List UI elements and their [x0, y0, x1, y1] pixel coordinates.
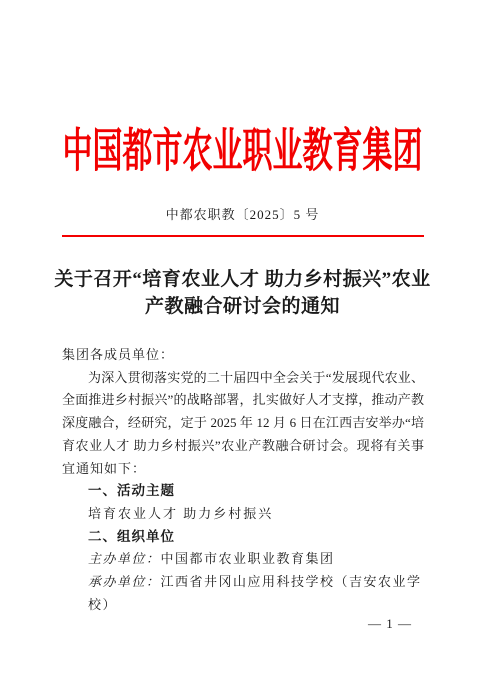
document-page: 中国都市农业职业教育集团 中都农职教〔2025〕5 号 关于召开“培育农业人才 … [0, 0, 485, 680]
section-heading-activity-theme: 一、活动主题 [62, 480, 424, 503]
organizer-label: 主办单位： [88, 551, 161, 566]
document-title: 关于召开“培育农业人才 助力乡村振兴”农业 产教融合研讨会的通知 [30, 266, 455, 320]
section-body-activity-theme: 培育农业人才 助力乡村振兴 [62, 503, 424, 526]
document-body: 集团各成员单位： 为深入贯彻落实党的二十届四中全会关于“发展现代农业、 全面推进… [62, 344, 424, 616]
document-number: 中都农职教〔2025〕5 号 [0, 204, 485, 223]
paragraph-line: 宜通知如下： [62, 458, 424, 481]
red-divider-rule [62, 235, 424, 237]
undertaker-label: 承办单位： [88, 574, 161, 589]
paragraph-line: 全面推进乡村振兴”的战略部署，扎实做好人才支撑，推动产教 [62, 389, 424, 412]
section-heading-organizing-units: 二、组织单位 [62, 526, 424, 549]
paragraph-line: 为深入贯彻落实党的二十届四中全会关于“发展现代农业、 [62, 367, 424, 390]
document-title-line2: 产教融合研讨会的通知 [30, 293, 455, 320]
organization-masthead: 中国都市农业职业教育集团 [0, 112, 485, 180]
organizer-value: 中国都市农业职业教育集团 [161, 551, 335, 566]
document-title-line1: 关于召开“培育农业人才 助力乡村振兴”农业 [30, 266, 455, 293]
page-number: — 1 — [368, 616, 412, 632]
organizer-line: 主办单位：中国都市农业职业教育集团 [62, 548, 424, 571]
salutation: 集团各成员单位： [62, 344, 424, 367]
undertaker-line: 承办单位：江西省井冈山应用科技学校（吉安农业学校） [62, 571, 424, 616]
paragraph-line: 育农业人才 助力乡村振兴”农业产教融合研讨会。现将有关事 [62, 435, 424, 458]
paragraph-line: 深度融合，经研究，定于 2025 年 12 月 6 日在江西吉安举办“培 [62, 412, 424, 435]
